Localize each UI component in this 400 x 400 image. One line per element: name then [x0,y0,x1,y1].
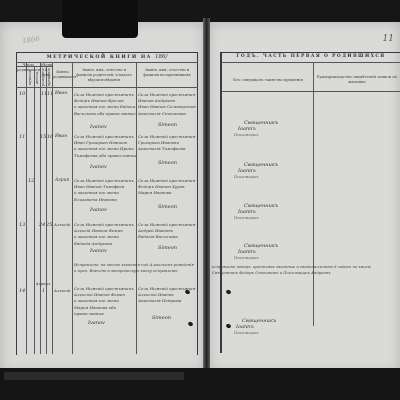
entry-parents: Села Нижней крестьянинъ Федоръ Иванов Фр… [74,92,136,117]
entry-number: 14 [19,288,25,294]
entry-godparents: Села Нижней крестьянинъ Андрей Ивановъ Е… [138,222,196,241]
text-line: и законная его жена Евдокия [74,104,136,110]
psalmist-signature: Псаломщикъ [234,331,259,335]
entry-parents: Села Нижней крестьянинъ Иван Григорьев Н… [74,134,136,159]
header-divider [221,91,400,92]
entry-number: 11 [19,134,25,140]
text-line: Васильева оба православные [74,111,136,117]
entry-parents: Села Нижней крестьянинъ Алексѣй Иванов Ф… [74,286,136,317]
entry-birth-day: 1 [42,288,45,294]
parent-signature: Ivanov [90,248,107,254]
godparent-signature: Simeon [152,315,171,321]
entry-birth-day: 15 [40,134,46,140]
title-year: 186/ [155,54,167,60]
parent-signature: Ivanov [90,207,107,213]
text-line: Елизавета Иванова [74,197,136,203]
godparent-signature: Simeon [158,122,177,128]
entry-birth-day: 24 [39,222,45,228]
entry-baptism-day: 11 [47,91,53,97]
godparent-signature: Simeon [158,204,177,210]
right-page-title: ГОДЪ. ЧАСТЬ ПЕРВАЯ О РОДИВШИХСЯ [222,54,400,59]
entry-godparents: Села Нижней крестьянинъ Иван Иванов Андр… [138,92,196,117]
correction-note: Исправлено: на месте законная под Алексѣ… [74,262,198,267]
text-line: Анастасія Петрова [138,298,196,304]
page-edges [0,368,400,400]
parent-signature: Ivanov [88,320,105,326]
priest-name: Ioannъ [238,249,256,255]
title-prefix: МЕТРИЧЕСКОЙ КНИГИ НА [47,55,152,60]
entry-baptism-day: 25 [46,222,52,228]
entry-godparents: Села Нижней крестьянинъ Иван Григорьев И… [138,134,196,153]
note-continuation: исправлено поверх: крестьяне законные в … [212,264,400,269]
entry-parents: Села Нижней крестьянинъ Алексій Иванов Ф… [74,222,136,247]
entry-month: Апрѣль [36,282,50,286]
header-male: мужеск. [28,68,33,86]
entry-child-name: Алексій [54,288,70,293]
col-divider [46,66,47,354]
text-line: Анастасія Степанова [138,111,196,117]
text-line: Иван Иванов Селиверстовъ [138,104,196,110]
header-baptism: крещенія [47,68,52,86]
page-edge-strip [4,372,184,380]
entry-child-name: Иван [55,91,67,96]
entry-number: 13 [19,222,25,228]
col-divider [40,62,41,354]
text-line: Анастасія Тимофеева [138,146,196,152]
entry-number: 10 [19,91,25,97]
header-female: женск. [35,68,40,86]
psalmist-signature: Псаломщикъ [234,133,259,137]
priest-name: Ioannъ [236,324,254,330]
parent-signature: Ivanov [90,164,107,170]
col-divider [34,66,35,354]
header-godparents: Званіе, имя, отчество и фамилія воспріем… [138,68,196,78]
entry-child-name: Алексій [54,222,70,227]
parent-signature: Ivanov [90,124,107,130]
entry-baptism-day: 16 [47,134,53,140]
text-line: Евдокія Васильева [138,234,196,240]
text-line: Мария Иванова [138,190,196,196]
col-divider [313,62,314,326]
scanner-clip [62,0,138,38]
entry-child-name: Агрип [55,178,69,183]
text-line: православные [74,311,136,317]
entry-child-name: Иван [55,134,67,139]
psalmist-signature: Псаломщикъ [234,175,259,179]
text-line: Евдокія Андреева [74,241,136,247]
book-gutter [203,18,210,378]
header-parents: Званіе, имя, отчество и фамилія родителе… [74,68,134,83]
col-divider [26,62,27,354]
psalmist-signature: Псаломщикъ [234,216,259,220]
godparent-signature: Simeon [158,245,177,251]
col-divider [52,62,53,354]
psalmist-signature: Псаломщикъ [234,256,259,260]
priest-name: Ioannъ [238,168,256,174]
title-divider [221,62,400,63]
correction-note: и проч. Внесено в метрическую книгу испр… [74,268,198,273]
priest-name: Ioannъ [238,209,256,215]
note-continuation: Священникъ Федоръ Степановъ и Псаломщикъ… [212,270,400,275]
header-performer: Кто совершалъ таинство крещенія [224,77,312,82]
header-birth: рожденія [41,68,46,86]
col-divider [136,62,137,354]
text-line: и законная его жена Ирина [74,146,136,152]
entry-number: 12 [28,178,34,184]
left-page-title: МЕТРИЧЕСКОЙ КНИГИ НА 186/ [16,54,198,60]
header-divider [16,87,198,88]
page-number: 11 [383,34,394,44]
entry-parents: Села Нижней крестьянинъ Иван Иванов Тимо… [74,178,136,203]
col-divider [72,62,73,354]
text-line: Тимофеева оба православные [74,153,136,159]
priest-name: Ioannъ [238,126,256,132]
godparent-signature: Simeon [158,160,177,166]
header-names: Имена родившихся [53,70,72,80]
header-witness-signatures: Рукоприкладство свидѣтелей записи по жел… [316,74,398,84]
entry-godparents: Села Нижней крестьянинъ Федоръ Иванов Ху… [138,178,196,197]
